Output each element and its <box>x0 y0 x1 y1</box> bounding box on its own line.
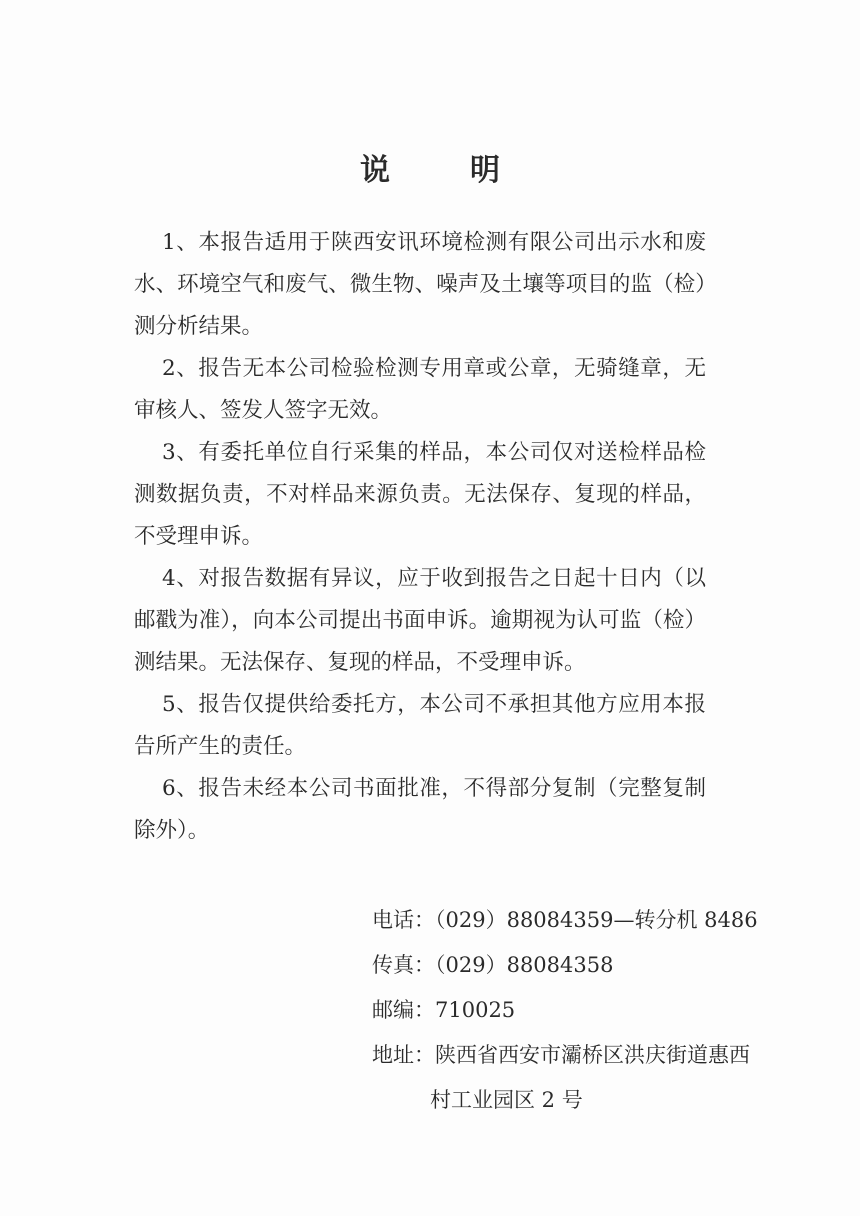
note-paragraph-2: 2、报告无本公司检验检测专用章或公章，无骑缝章，无审核人、签发人签字无效。 <box>134 348 706 432</box>
note-paragraph-1: 1、本报告适用于陕西安讯环境检测有限公司出示水和废水、环境空气和废气、微生物、噪… <box>134 222 706 348</box>
phone-line: 电话：（029）88084359—转分机 8486 <box>372 898 758 943</box>
contact-block: 电话：（029）88084359—转分机 8486 传真：（029）880843… <box>372 898 758 1123</box>
note-paragraph-5: 5、报告仅提供给委托方，本公司不承担其他方应用本报告所产生的责任。 <box>134 684 706 768</box>
note-paragraph-4: 4、对报告数据有异议，应于收到报告之日起十日内（以邮戳为准），向本公司提出书面申… <box>134 558 706 684</box>
address-line-1: 地址：陕西省西安市灞桥区洪庆街道惠西 <box>372 1033 758 1078</box>
note-paragraph-3: 3、有委托单位自行采集的样品，本公司仅对送检样品检测数据负责，不对样品来源负责。… <box>134 432 706 558</box>
title-char-2: 明 <box>470 145 500 189</box>
page-title: 说明 <box>0 145 860 189</box>
fax-line: 传真：（029）88084358 <box>372 943 758 988</box>
document-page: 说明 1、本报告适用于陕西安讯环境检测有限公司出示水和废水、环境空气和废气、微生… <box>0 0 860 1216</box>
title-char-1: 说 <box>360 145 390 189</box>
note-paragraph-6: 6、报告未经本公司书面批准，不得部分复制（完整复制除外）。 <box>134 768 706 852</box>
address-line-2: 村工业园区 2 号 <box>372 1078 758 1123</box>
postcode-line: 邮编：710025 <box>372 988 758 1033</box>
notes-body: 1、本报告适用于陕西安讯环境检测有限公司出示水和废水、环境空气和废气、微生物、噪… <box>134 222 706 852</box>
